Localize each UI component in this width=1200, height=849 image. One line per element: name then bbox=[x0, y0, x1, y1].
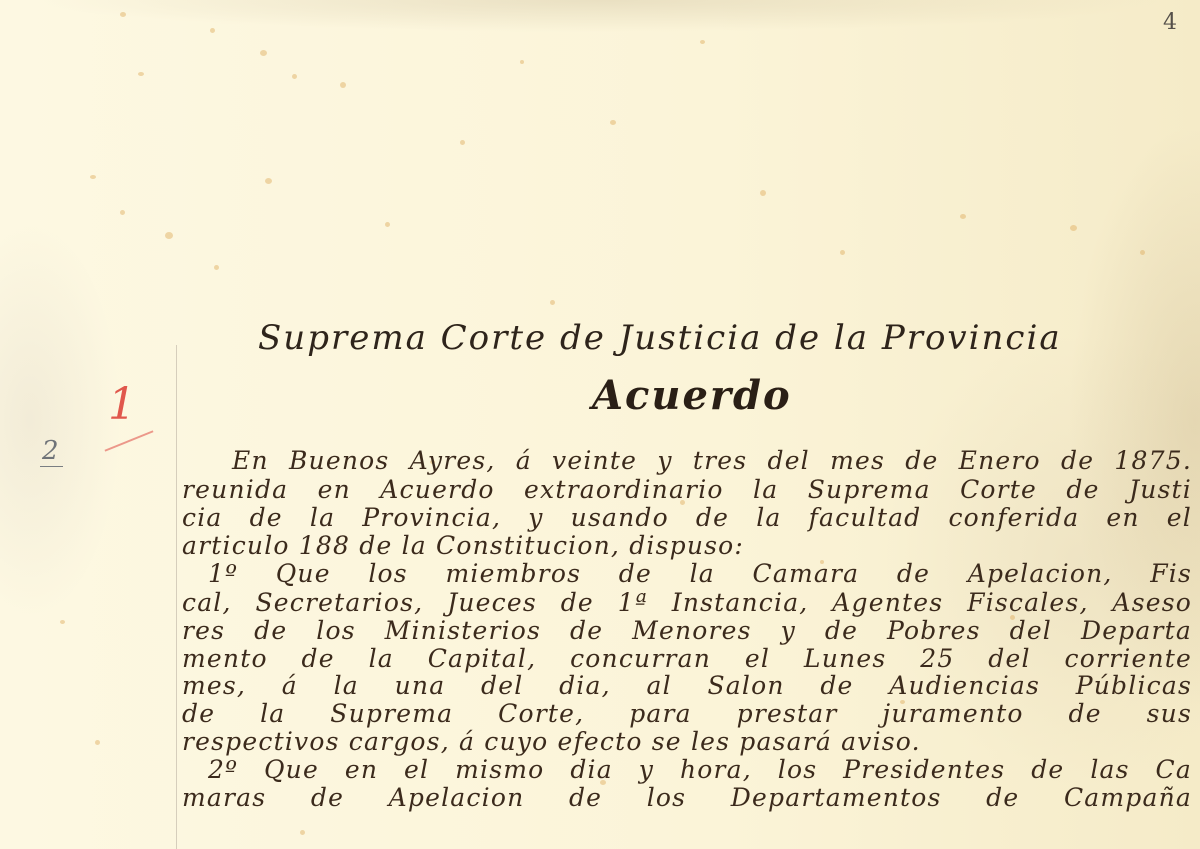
body-line: cia de la Provincia, y usando de la facu… bbox=[182, 503, 1192, 532]
document-subheading: Acuerdo bbox=[592, 372, 792, 419]
body-line: res de los Ministerios de Menores y de P… bbox=[182, 616, 1192, 645]
body-line: mento de la Capital, concurran el Lunes … bbox=[182, 644, 1192, 673]
body-line: mes, á la una del dia, al Salon de Audie… bbox=[182, 671, 1192, 700]
body-line: cal, Secretarios, Jueces de 1ª Instancia… bbox=[182, 588, 1192, 617]
body-line: reunida en Acuerdo extraordinario la Sup… bbox=[182, 475, 1192, 504]
body-line: En Buenos Ayres, á veinte y tres del mes… bbox=[232, 446, 1192, 475]
body-line: maras de Apelacion de los Departamentos … bbox=[182, 783, 1192, 812]
body-line: 1º Que los miembros de la Camara de Apel… bbox=[208, 559, 1192, 588]
body-line: articulo 188 de la Constitucion, dispuso… bbox=[182, 531, 1192, 560]
document-heading: Suprema Corte de Justicia de la Provinci… bbox=[258, 318, 1062, 358]
page-number: 4 bbox=[1163, 10, 1177, 35]
body-line: respectivos cargos, á cuyo efecto se les… bbox=[182, 727, 1192, 756]
red-margin-number: 1 bbox=[108, 383, 136, 427]
pencil-margin-number: 2 bbox=[40, 438, 63, 467]
body-line: de la Suprema Corte, para prestar jurame… bbox=[182, 699, 1192, 728]
body-line: 2º Que en el mismo dia y hora, los Presi… bbox=[208, 755, 1192, 784]
margin-rule bbox=[176, 345, 177, 849]
